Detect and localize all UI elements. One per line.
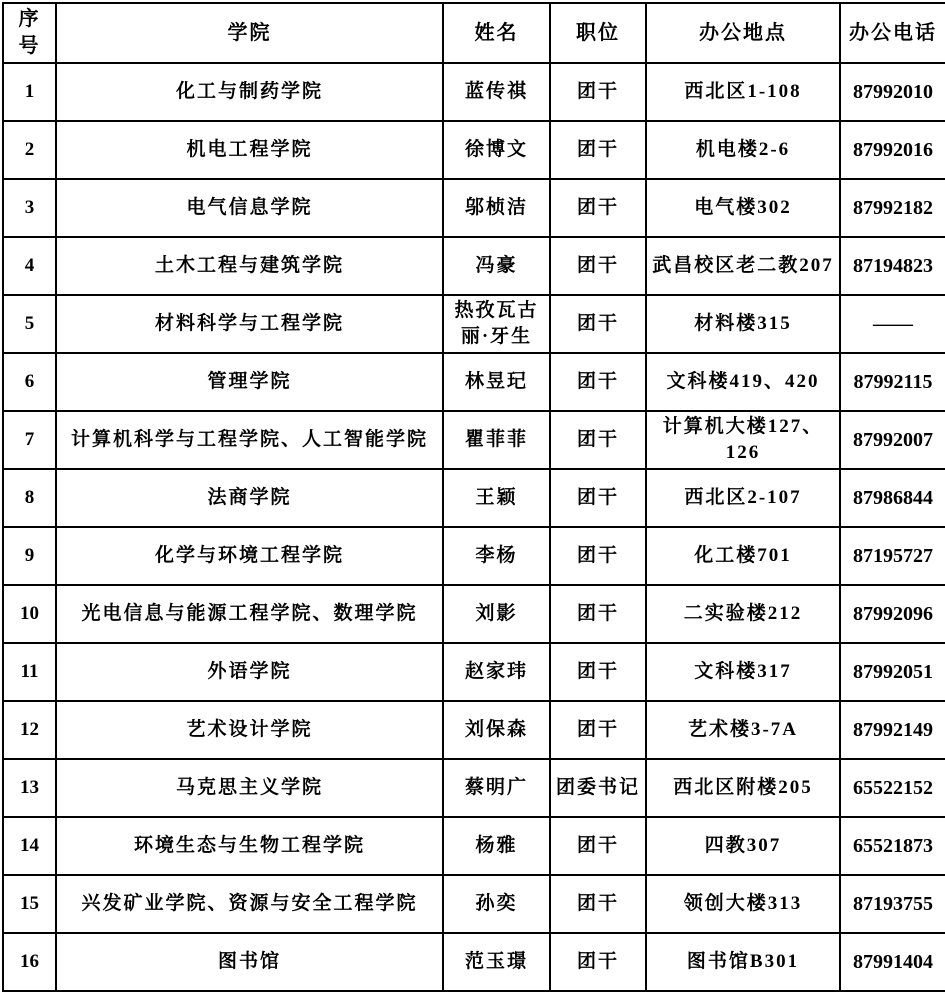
- cell-name: 蔡明广: [443, 759, 550, 817]
- cell-position: 团干: [550, 643, 646, 701]
- cell-phone: 87986844: [840, 469, 945, 527]
- cell-index: 8: [3, 469, 56, 527]
- table-row: 13马克思主义学院蔡明广团委书记西北区附楼20565522152: [3, 759, 945, 817]
- page: 序号学院姓名职位办公地点办公电话 1化工与制药学院蓝传祺团干西北区1-10887…: [0, 2, 945, 990]
- column-header-location: 办公地点: [646, 3, 840, 63]
- table-row: 9化学与环境工程学院李杨团干化工楼70187195727: [3, 527, 945, 585]
- cell-phone: 87992051: [840, 643, 945, 701]
- cell-location: 二实验楼212: [646, 585, 840, 643]
- cell-phone: 65521873: [840, 817, 945, 875]
- cell-position: 团干: [550, 817, 646, 875]
- table-row: 11外语学院赵家玮团干文科楼31787992051: [3, 643, 945, 701]
- cell-name: 孙奕: [443, 875, 550, 933]
- cell-position: 团干: [550, 933, 646, 991]
- cell-phone: 65522152: [840, 759, 945, 817]
- cell-index: 15: [3, 875, 56, 933]
- cell-name: 蓝传祺: [443, 63, 550, 121]
- cell-position: 团干: [550, 63, 646, 121]
- cell-name: 杨雅: [443, 817, 550, 875]
- table-row: 4土木工程与建筑学院冯豪团干武昌校区老二教20787194823: [3, 237, 945, 295]
- table-row: 6管理学院林昱玘团干文科楼419、42087992115: [3, 353, 945, 411]
- cell-index: 14: [3, 817, 56, 875]
- cell-college: 环境生态与生物工程学院: [56, 817, 443, 875]
- cell-college: 计算机科学与工程学院、人工智能学院: [56, 411, 443, 469]
- table-row: 12艺术设计学院刘保森团干艺术楼3-7A87992149: [3, 701, 945, 759]
- cell-location: 西北区2-107: [646, 469, 840, 527]
- cell-position: 团干: [550, 469, 646, 527]
- cell-college: 机电工程学院: [56, 121, 443, 179]
- cell-index: 2: [3, 121, 56, 179]
- table-row: 16图书馆范玉璟团干图书馆B30187991404: [3, 933, 945, 991]
- cell-index: 13: [3, 759, 56, 817]
- cell-college: 外语学院: [56, 643, 443, 701]
- cell-name: 范玉璟: [443, 933, 550, 991]
- cell-position: 团干: [550, 237, 646, 295]
- cell-index: 9: [3, 527, 56, 585]
- cell-position: 团干: [550, 121, 646, 179]
- college-contact-table: 序号学院姓名职位办公地点办公电话 1化工与制药学院蓝传祺团干西北区1-10887…: [2, 2, 945, 992]
- table-row: 15兴发矿业学院、资源与安全工程学院孙奕团干领创大楼31387193755: [3, 875, 945, 933]
- cell-location: 西北区1-108: [646, 63, 840, 121]
- table-body: 1化工与制药学院蓝传祺团干西北区1-108879920102机电工程学院徐博文团…: [3, 63, 945, 991]
- table-row: 8法商学院王颖团干西北区2-10787986844: [3, 469, 945, 527]
- cell-phone: 87992007: [840, 411, 945, 469]
- cell-college: 法商学院: [56, 469, 443, 527]
- cell-position: 团干: [550, 701, 646, 759]
- cell-name: 赵家玮: [443, 643, 550, 701]
- cell-location: 图书馆B301: [646, 933, 840, 991]
- cell-phone: 87992182: [840, 179, 945, 237]
- cell-phone: 87991404: [840, 933, 945, 991]
- cell-location: 武昌校区老二教207: [646, 237, 840, 295]
- cell-index: 5: [3, 295, 56, 353]
- cell-location: 艺术楼3-7A: [646, 701, 840, 759]
- cell-phone: 87992115: [840, 353, 945, 411]
- cell-position: 团干: [550, 875, 646, 933]
- cell-name: 邬桢洁: [443, 179, 550, 237]
- column-header-position: 职位: [550, 3, 646, 63]
- cell-location: 西北区附楼205: [646, 759, 840, 817]
- cell-location: 机电楼2-6: [646, 121, 840, 179]
- cell-phone: 87992096: [840, 585, 945, 643]
- cell-position: 团干: [550, 179, 646, 237]
- cell-index: 1: [3, 63, 56, 121]
- table-row: 7计算机科学与工程学院、人工智能学院瞿菲菲团干计算机大楼127、12687992…: [3, 411, 945, 469]
- cell-phone: 87194823: [840, 237, 945, 295]
- cell-name: 热孜瓦古丽·牙生: [443, 295, 550, 353]
- cell-college: 化学与环境工程学院: [56, 527, 443, 585]
- cell-position: 团委书记: [550, 759, 646, 817]
- cell-college: 土木工程与建筑学院: [56, 237, 443, 295]
- cell-college: 电气信息学院: [56, 179, 443, 237]
- cell-college: 管理学院: [56, 353, 443, 411]
- cell-position: 团干: [550, 527, 646, 585]
- cell-college: 图书馆: [56, 933, 443, 991]
- cell-name: 瞿菲菲: [443, 411, 550, 469]
- cell-college: 马克思主义学院: [56, 759, 443, 817]
- cell-phone: 87992010: [840, 63, 945, 121]
- table-row: 10光电信息与能源工程学院、数理学院刘影团干二实验楼21287992096: [3, 585, 945, 643]
- table-row: 14环境生态与生物工程学院杨雅团干四教30765521873: [3, 817, 945, 875]
- cell-name: 王颖: [443, 469, 550, 527]
- cell-name: 李杨: [443, 527, 550, 585]
- cell-location: 四教307: [646, 817, 840, 875]
- cell-index: 12: [3, 701, 56, 759]
- column-header-index: 序号: [3, 3, 56, 63]
- cell-location: 领创大楼313: [646, 875, 840, 933]
- table-row: 1化工与制药学院蓝传祺团干西北区1-10887992010: [3, 63, 945, 121]
- cell-index: 7: [3, 411, 56, 469]
- column-header-college: 学院: [56, 3, 443, 63]
- column-header-name: 姓名: [443, 3, 550, 63]
- cell-name: 冯豪: [443, 237, 550, 295]
- cell-position: 团干: [550, 585, 646, 643]
- cell-college: 艺术设计学院: [56, 701, 443, 759]
- cell-index: 4: [3, 237, 56, 295]
- cell-college: 兴发矿业学院、资源与安全工程学院: [56, 875, 443, 933]
- cell-name: 刘影: [443, 585, 550, 643]
- cell-position: 团干: [550, 353, 646, 411]
- cell-phone: 87992016: [840, 121, 945, 179]
- table-row: 5材料科学与工程学院热孜瓦古丽·牙生团干材料楼315——: [3, 295, 945, 353]
- cell-location: 文科楼419、420: [646, 353, 840, 411]
- cell-phone: 87992149: [840, 701, 945, 759]
- cell-phone: 87195727: [840, 527, 945, 585]
- cell-college: 化工与制药学院: [56, 63, 443, 121]
- cell-location: 材料楼315: [646, 295, 840, 353]
- header-row: 序号学院姓名职位办公地点办公电话: [3, 3, 945, 63]
- cell-college: 光电信息与能源工程学院、数理学院: [56, 585, 443, 643]
- cell-name: 刘保森: [443, 701, 550, 759]
- cell-index: 11: [3, 643, 56, 701]
- cell-phone: 87193755: [840, 875, 945, 933]
- cell-index: 16: [3, 933, 56, 991]
- cell-name: 徐博文: [443, 121, 550, 179]
- table-row: 2机电工程学院徐博文团干机电楼2-687992016: [3, 121, 945, 179]
- cell-position: 团干: [550, 411, 646, 469]
- table-row: 3电气信息学院邬桢洁团干电气楼30287992182: [3, 179, 945, 237]
- cell-phone: ——: [840, 295, 945, 353]
- table-header: 序号学院姓名职位办公地点办公电话: [3, 3, 945, 63]
- cell-name: 林昱玘: [443, 353, 550, 411]
- cell-college: 材料科学与工程学院: [56, 295, 443, 353]
- cell-index: 3: [3, 179, 56, 237]
- cell-location: 电气楼302: [646, 179, 840, 237]
- cell-index: 6: [3, 353, 56, 411]
- column-header-phone: 办公电话: [840, 3, 945, 63]
- cell-index: 10: [3, 585, 56, 643]
- cell-location: 文科楼317: [646, 643, 840, 701]
- cell-location: 计算机大楼127、126: [646, 411, 840, 469]
- cell-position: 团干: [550, 295, 646, 353]
- cell-location: 化工楼701: [646, 527, 840, 585]
